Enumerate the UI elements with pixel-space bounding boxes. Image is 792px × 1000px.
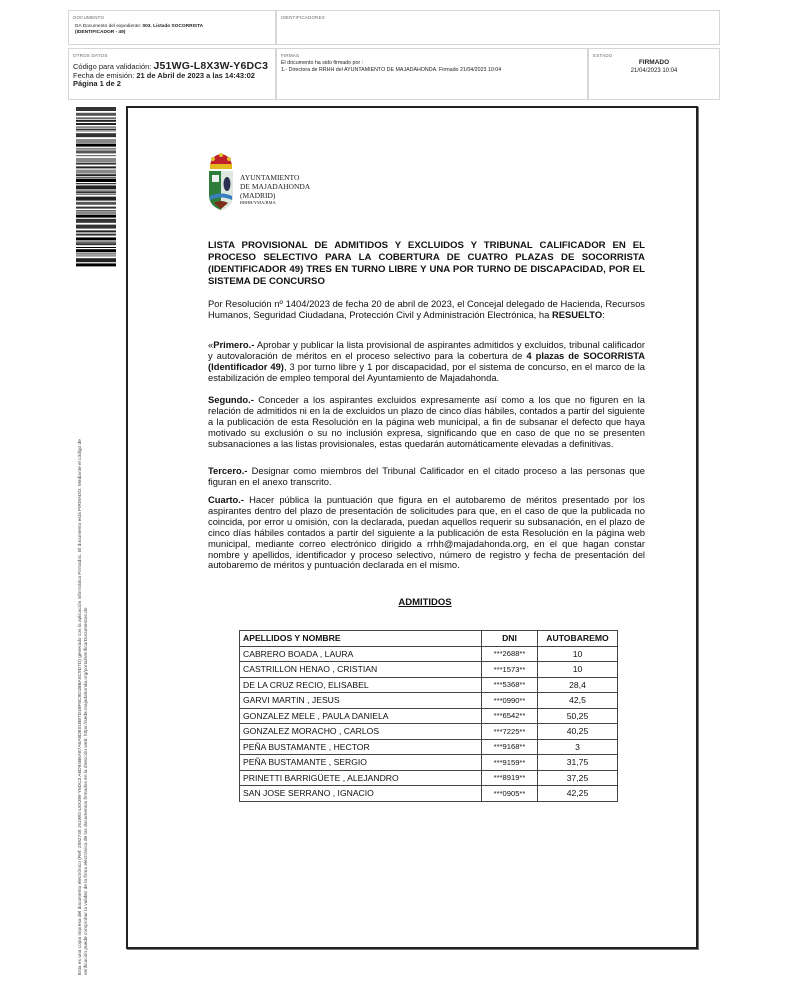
primero-paragraph: «Primero.- Aprobar y publicar la lista p… [208,340,645,384]
column-header-autobaremo: AUTOBAREMO [538,631,618,647]
cell-name: PEÑA BUSTAMANTE , SERGIO [240,755,482,771]
cell-autobaremo: 42,5 [538,693,618,709]
page-number: Página 1 de 2 [73,80,268,89]
cell-autobaremo: 50,25 [538,708,618,724]
barcode-icon [76,107,116,267]
cell-name: GONZALEZ MELE , PAULA DANIELA [240,708,482,724]
column-header-name: APELLIDOS Y NOMBRE [240,631,482,647]
firmas-cell: FIRMAS El documento ha sido firmado por … [276,48,588,100]
cell-name: PEÑA BUSTAMANTE , HECTOR [240,739,482,755]
documento-cell: DOCUMENTO DA Documento del expediente: 0… [68,10,276,45]
firmas-label: FIRMAS [281,53,299,58]
cell-name: GONZALEZ MORACHO , CARLOS [240,724,482,740]
cell-autobaremo: 10 [538,662,618,678]
admitidos-heading: ADMITIDOS [240,597,610,608]
cell-autobaremo: 3 [538,739,618,755]
cell-dni: ***0905** [482,786,538,802]
cell-dni: ***9159** [482,755,538,771]
table-row: SAN JOSE SERRANO , IGNACIO***0905**42,25 [240,786,618,802]
coat-of-arms-icon [206,151,236,213]
tercero-paragraph: Tercero.- Designar como miembros del Tri… [208,466,645,488]
admitidos-table: APELLIDOS Y NOMBRE DNI AUTOBAREMO CABRER… [239,630,618,802]
otros-datos-cell: OTROS DATOS Código para validación: J51W… [68,48,276,100]
cell-autobaremo: 42,25 [538,786,618,802]
table-row: GONZALEZ MORACHO , CARLOS***7225**40,25 [240,724,618,740]
document-title: LISTA PROVISIONAL DE ADMITIDOS Y EXCLUID… [208,240,645,288]
table-row: PEÑA BUSTAMANTE , HECTOR***9168**3 [240,739,618,755]
cell-dni: ***6542** [482,708,538,724]
cell-dni: ***2688** [482,646,538,662]
column-header-dni: DNI [482,631,538,647]
estado-value: FIRMADO [639,59,669,66]
cell-dni: ***7225** [482,724,538,740]
estado-cell: ESTADO FIRMADO 21/04/2023 10:04 [588,48,720,100]
verification-side-text: Esta es una copia impresa del documento … [78,295,90,975]
table-header-row: APELLIDOS Y NOMBRE DNI AUTOBAREMO [240,631,618,647]
firmas-signer: 1.- Directora de RRHH del AYUNTAMIENTO D… [281,67,501,74]
organization-name: AYUNTAMIENTO DE MAJADAHONDA (MADRID) RRH… [240,173,310,206]
cell-dni: ***0990** [482,693,538,709]
cell-autobaremo: 37,25 [538,770,618,786]
estado-date: 21/04/2023 10:04 [631,68,678,74]
documento-description: DA Documento del expediente: 003. Listad… [75,24,203,36]
cell-dni: ***5368** [482,677,538,693]
table-row: GONZALEZ MELE , PAULA DANIELA***6542**50… [240,708,618,724]
cell-autobaremo: 10 [538,646,618,662]
table-row: CASTRILLON HENAO , CRISTIAN***1573**10 [240,662,618,678]
signature-header: DOCUMENTO DA Documento del expediente: 0… [68,10,720,100]
cell-dni: ***1573** [482,662,538,678]
table-row: GARVI MARTIN , JESUS***0990**42,5 [240,693,618,709]
cell-name: DE LA CRUZ RECIO, ELISABEL [240,677,482,693]
cell-autobaremo: 31,75 [538,755,618,771]
identificadores-cell: IDENTIFICADORES [276,10,720,45]
table-row: PRINETTI BARRIGÜETE , ALEJANDRO***8919**… [240,770,618,786]
table-row: DE LA CRUZ RECIO, ELISABEL***5368**28,4 [240,677,618,693]
cell-name: CABRERO BOADA , LAURA [240,646,482,662]
estado-label: ESTADO [593,53,612,58]
cell-dni: ***9168** [482,739,538,755]
cell-name: PRINETTI BARRIGÜETE , ALEJANDRO [240,770,482,786]
cell-name: CASTRILLON HENAO , CRISTIAN [240,662,482,678]
table-row: CABRERO BOADA , LAURA***2688**10 [240,646,618,662]
segundo-paragraph: Segundo.- Conceder a los aspirantes excl… [208,395,645,450]
firmas-line: El documento ha sido firmado por : [281,60,501,67]
table-row: PEÑA BUSTAMANTE , SERGIO***9159**31,75 [240,755,618,771]
cuarto-paragraph: Cuarto.- Hacer pública la puntuación que… [208,495,645,571]
identificadores-label: IDENTIFICADORES [281,15,325,20]
intro-paragraph: Por Resolución nº 1404/2023 de fecha 20 … [208,299,645,321]
cell-autobaremo: 40,25 [538,724,618,740]
cell-autobaremo: 28,4 [538,677,618,693]
otros-datos-label: OTROS DATOS [73,53,108,58]
cell-name: SAN JOSE SERRANO , IGNACIO [240,786,482,802]
documento-label: DOCUMENTO [73,15,104,20]
cell-dni: ***8919** [482,770,538,786]
cell-name: GARVI MARTIN , JESUS [240,693,482,709]
